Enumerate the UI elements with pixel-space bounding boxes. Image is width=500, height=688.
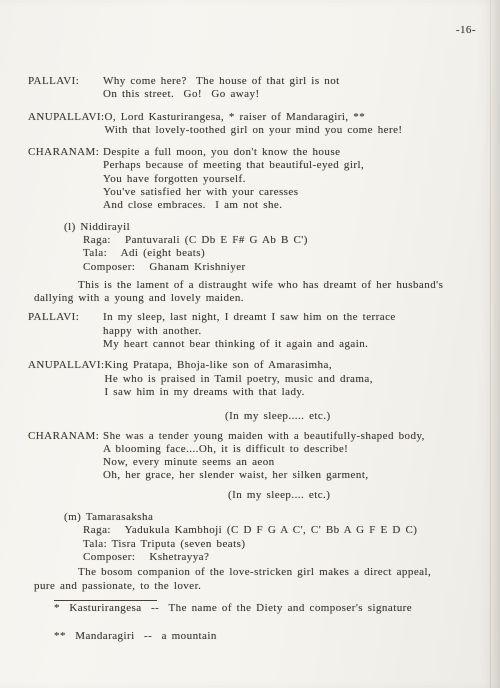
section-label: PALLAVI: [28, 311, 103, 351]
description-line: dallying with a young and lovely maiden. [34, 292, 482, 305]
composer-line: Composer: Ghanam Krishniyer [83, 261, 500, 274]
song-description-l: This is the lament of a distraught wife … [34, 279, 482, 306]
lyric-line: I saw him in my dreams with that lady. [104, 386, 490, 399]
raga-line: Raga: Pantuvarali (C Db E F# G Ab B C') [83, 234, 500, 247]
lyric-line: On this street. Go! Go away! [103, 88, 490, 101]
lyric-lines: King Pratapa, Bhoja-like son of Amarasim… [104, 359, 490, 399]
lyric-line: Perhaps because of meeting that beautifu… [103, 159, 490, 172]
document-content: PALLAVI: Why come here? The house of tha… [0, 0, 500, 643]
section-anupallavi-previous: ANUPALLAVI: O, Lord Kasturirangesa, * ra… [28, 111, 490, 138]
page-number: -16- [456, 24, 476, 37]
footnote-line: ** Mandaragiri -- a mountain [54, 630, 500, 643]
lyric-line: You have forgotten yourself. [103, 173, 490, 186]
footnotes: * Kasturirangesa -- The name of the Diet… [54, 600, 500, 644]
song-info-l: (l) Niddirayil Raga: Pantuvarali (C Db E… [64, 221, 500, 274]
raga-line: Raga: Yadukula Kambhoji (C D F G A C', C… [83, 524, 500, 537]
lyric-lines: O, Lord Kasturirangesa, * raiser of Mand… [104, 111, 490, 138]
lyric-line: Despite a full moon, you don't know the … [103, 146, 490, 159]
song-heading: (m) Tamarasaksha [64, 511, 500, 524]
composer-line: Composer: Kshetrayya? [83, 551, 500, 564]
lyric-lines: Why come here? The house of that girl is… [103, 75, 490, 102]
lyric-lines: Despite a full moon, you don't know the … [103, 146, 490, 212]
lyric-lines: She was a tender young maiden with a bea… [103, 430, 490, 483]
lyric-lines: In my sleep, last night, I dreamt I saw … [103, 311, 490, 351]
section-pallavi-l: PALLAVI: In my sleep, last night, I drea… [28, 311, 490, 351]
tala-line: Tala: Adi (eight beats) [83, 247, 500, 260]
song-info-m: (m) Tamarasaksha Raga: Yadukula Kambhoji… [64, 511, 500, 564]
lyric-line: Now, every minute seems an aeon [103, 456, 490, 469]
song-details: Raga: Pantuvarali (C Db E F# G Ab B C') … [83, 234, 500, 274]
lyric-line: Oh, her grace, her slender waist, her si… [103, 469, 490, 482]
lyric-line: And close embraces. I am not she. [103, 199, 490, 212]
section-label: CHARANAM: [28, 146, 103, 212]
section-label: ANUPALLAVI: [28, 359, 104, 399]
section-charanam-previous: CHARANAM: Despite a full moon, you don't… [28, 146, 490, 212]
song-details: Raga: Yadukula Kambhoji (C D F G A C', C… [83, 524, 500, 564]
section-label: CHARANAM: [28, 430, 103, 483]
section-label: PALLAVI: [28, 75, 103, 102]
lyric-line: A blooming face....Oh, it is difficult t… [103, 443, 490, 456]
song-heading: (l) Niddirayil [64, 221, 500, 234]
tala-line: Tala: Tisra Triputa (seven beats) [83, 538, 500, 551]
lyric-line: In my sleep, last night, I dreamt I saw … [103, 311, 490, 324]
lyric-line: With that lovely-toothed girl on your mi… [104, 124, 490, 137]
scan-edge-line [490, 0, 492, 688]
song-description-m: The bosom companion of the love-stricken… [34, 566, 482, 593]
refrain-line: (In my sleep..... etc.) [225, 410, 500, 423]
section-pallavi-previous: PALLAVI: Why come here? The house of tha… [28, 75, 490, 102]
section-anupallavi-l: ANUPALLAVI: King Pratapa, Bhoja-like son… [28, 359, 490, 399]
lyric-line: O, Lord Kasturirangesa, * raiser of Mand… [104, 111, 490, 124]
refrain-line: (In my sleep.... etc.) [228, 489, 500, 502]
scanned-document-page: -16- PALLAVI: Why come here? The house o… [0, 0, 500, 688]
lyric-line: He who is praised in Tamil poetry, music… [104, 373, 490, 386]
lyric-line: She was a tender young maiden with a bea… [103, 430, 490, 443]
lyric-line: happy with another. [103, 325, 490, 338]
section-charanam-l: CHARANAM: She was a tender young maiden … [28, 430, 490, 483]
footnote-rule [54, 600, 157, 601]
section-label: ANUPALLAVI: [28, 111, 104, 138]
description-line: This is the lament of a distraught wife … [34, 279, 482, 292]
footnote-line: * Kasturirangesa -- The name of the Diet… [54, 602, 500, 615]
description-line: pure and passionate, to the lover. [34, 580, 482, 593]
description-line: The bosom companion of the love-stricken… [34, 566, 482, 579]
lyric-line: King Pratapa, Bhoja-like son of Amarasim… [104, 359, 490, 372]
lyric-line: Why come here? The house of that girl is… [103, 75, 490, 88]
lyric-line: You've satisfied her with your caresses [103, 186, 490, 199]
lyric-line: My heart cannot bear thinking of it agai… [103, 338, 490, 351]
